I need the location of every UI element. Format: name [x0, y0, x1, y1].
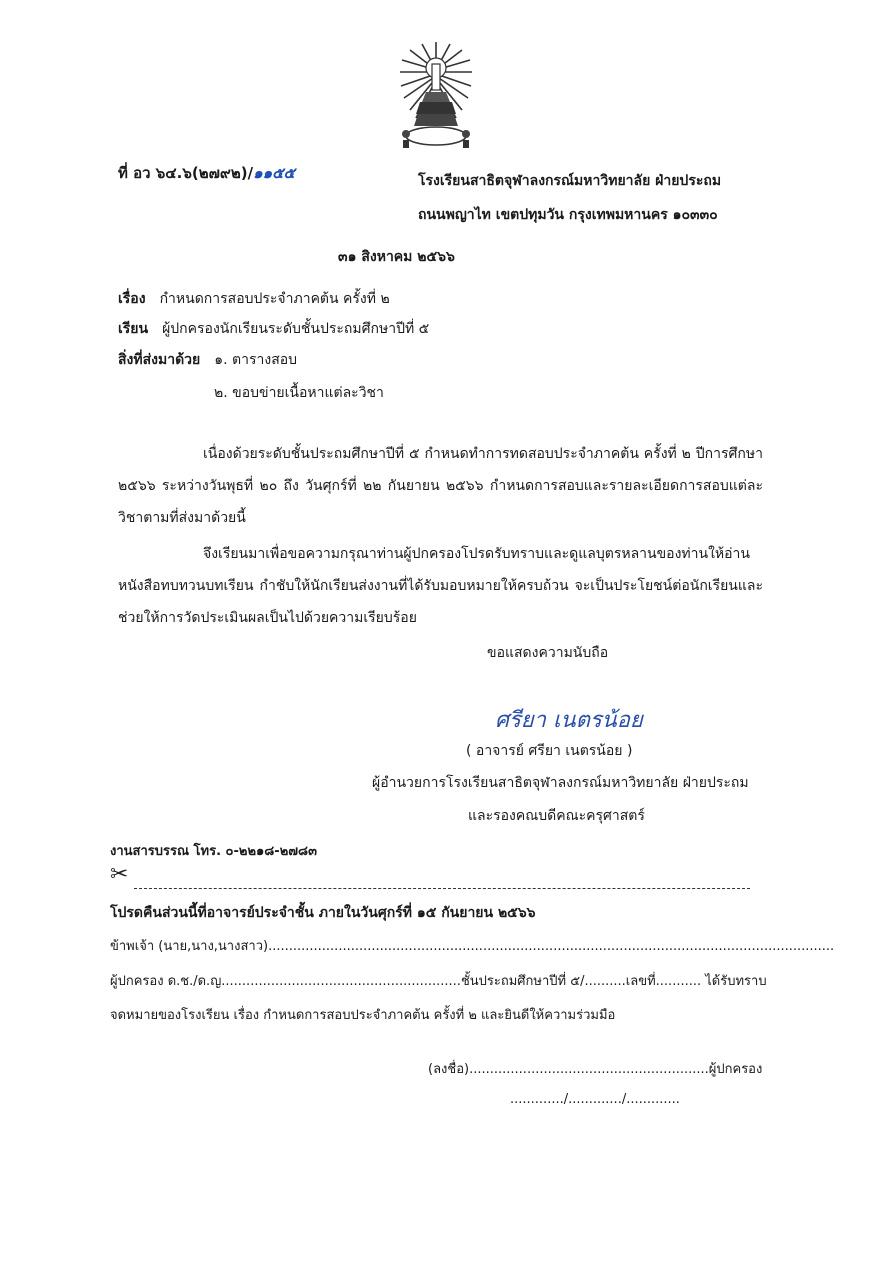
chula-emblem-icon: [398, 40, 474, 156]
reference-prefix: ที่ อว ๖๔.๖(๒๗๙๒)/: [118, 164, 253, 182]
sender-name: โรงเรียนสาธิตจุฬาลงกรณ์มหาวิทยาลัย ฝ่ายป…: [418, 170, 721, 192]
form-signature-line: (ลงชื่อ)................................…: [428, 1058, 762, 1079]
return-instruction: โปรดคืนส่วนนี้ที่อาจารย์ประจำชั้น ภายในว…: [110, 902, 536, 924]
enclosure-label: สิ่งที่ส่งมาด้วย: [118, 352, 200, 368]
closing-salutation: ขอแสดงความนับถือ: [487, 642, 608, 664]
recipient-value: ผู้ปกครองนักเรียนระดับชั้นประถมศึกษาปีที…: [162, 321, 429, 337]
letter-date: ๓๑ สิงหาคม ๒๕๖๖: [338, 246, 455, 268]
subject-value: กำหนดการสอบประจำภาคต้น ครั้งที่ ๒: [160, 291, 390, 307]
form-line-student: ผู้ปกครอง ด.ช./ด.ญ......................…: [110, 970, 767, 991]
recipient-label: เรียน: [118, 321, 148, 337]
enclosure-item: ๒. ขอบข่ายเนื้อหาแต่ละวิชา: [214, 382, 384, 404]
reference-number: ที่ อว ๖๔.๖(๒๗๙๒)/๑๑๕๕: [118, 161, 295, 185]
cut-line: ✂: [110, 862, 750, 892]
signer-position-secondary: และรองคณบดีคณะครุศาสตร์: [468, 805, 645, 827]
recipient-row: เรียนผู้ปกครองนักเรียนระดับชั้นประถมศึกษ…: [118, 318, 429, 340]
form-date-line: ............./............./............…: [510, 1092, 680, 1107]
dashed-divider: [134, 888, 750, 889]
subject-label: เรื่อง: [118, 291, 146, 307]
enclosure-item: ๑. ตารางสอบ: [214, 352, 297, 368]
handwritten-signature: ศรียา เนตรน้อย: [495, 702, 643, 737]
subject-row: เรื่องกำหนดการสอบประจำภาคต้น ครั้งที่ ๒: [118, 288, 390, 310]
enclosure-row: สิ่งที่ส่งมาด้วย๑. ตารางสอบ: [118, 349, 297, 371]
body-paragraph: จึงเรียนมาเพื่อขอความกรุณาท่านผู้ปกครองโ…: [118, 538, 763, 634]
form-line-name: ข้าพเจ้า (นาย,นาง,นางสาว)...............…: [110, 935, 834, 956]
sender-address: ถนนพญาไท เขตปทุมวัน กรุงเทพมหานคร ๑๐๓๓๐: [418, 204, 718, 226]
body-paragraph: เนื่องด้วยระดับชั้นประถมศึกษาปีที่ ๕ กำห…: [118, 438, 763, 534]
signer-position: ผู้อำนวยการโรงเรียนสาธิตจุฬาลงกรณ์มหาวิท…: [372, 772, 749, 794]
contact-phone: งานสารบรรณ โทร. ๐-๒๒๑๘-๒๗๘๓: [110, 840, 317, 861]
form-line-acknowledgement: จดหมายของโรงเรียน เรื่อง กำหนดการสอบประจ…: [110, 1004, 615, 1025]
reference-handwritten: ๑๑๕๕: [253, 164, 295, 182]
signer-name: ( อาจารย์ ศรียา เนตรน้อย ): [466, 740, 632, 762]
scissors-icon: ✂: [110, 862, 128, 888]
